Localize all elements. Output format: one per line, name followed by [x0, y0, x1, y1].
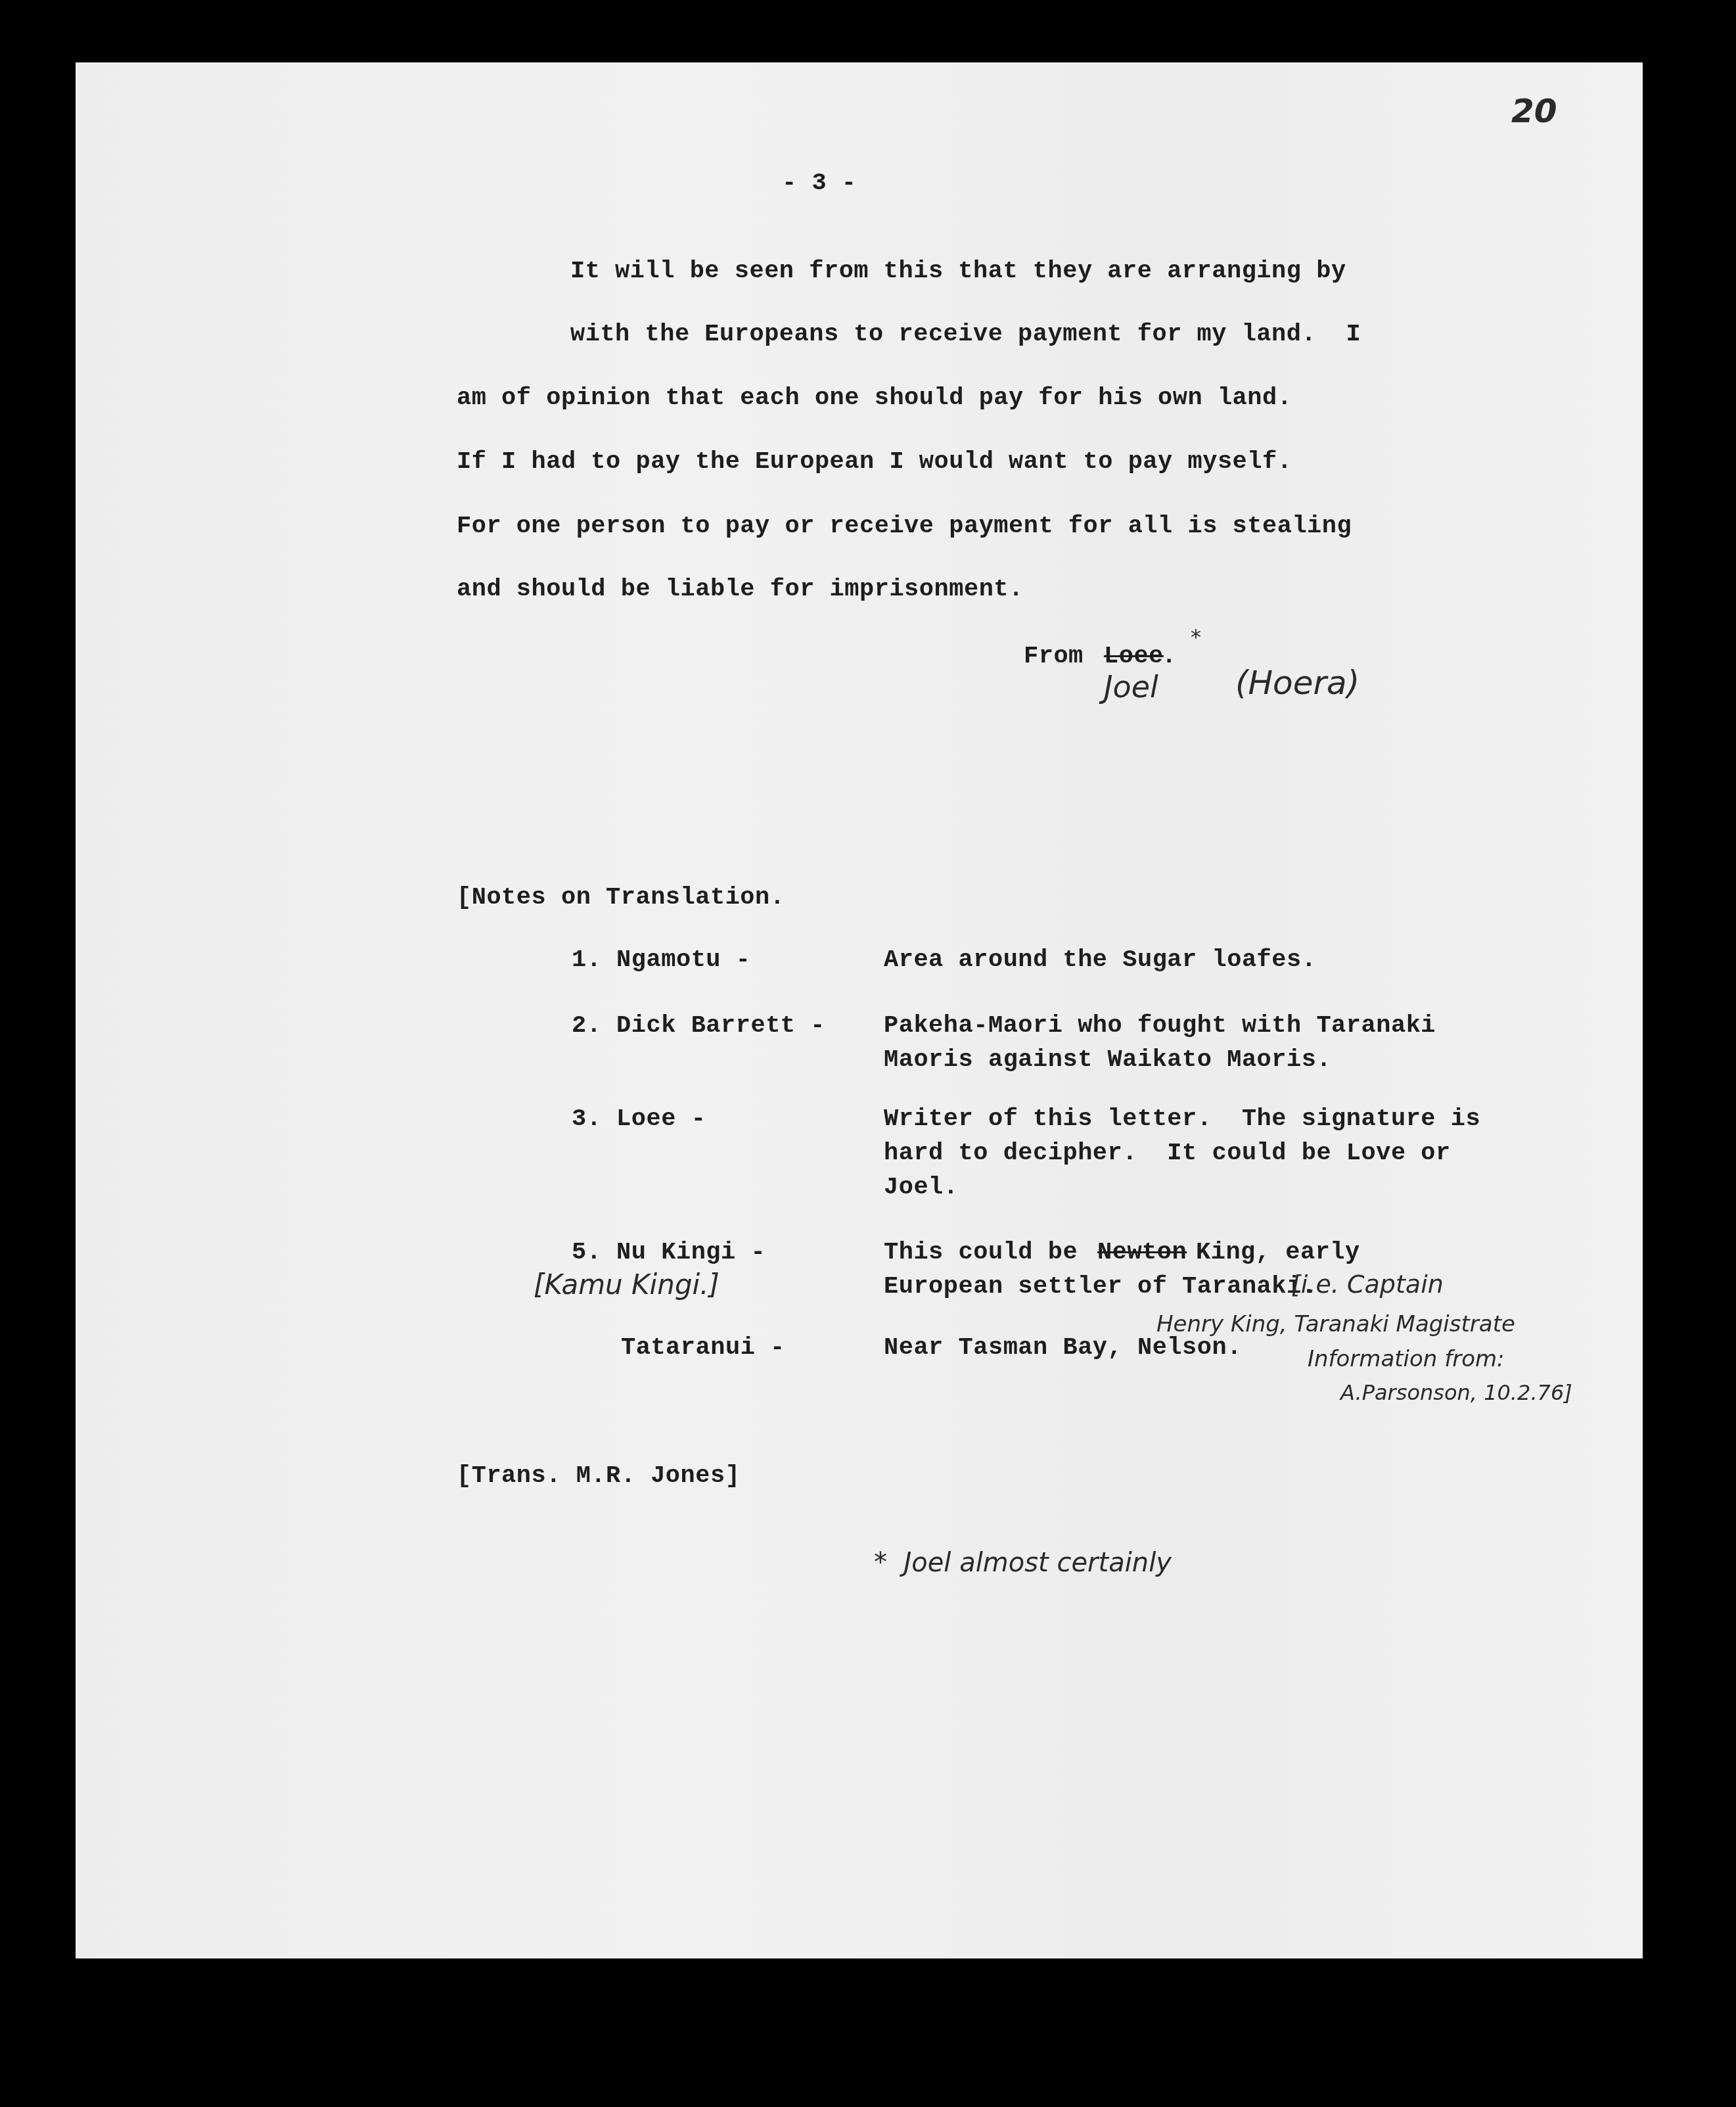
note-definition: Maoris against Waikato Maoris.: [884, 1046, 1331, 1074]
note-definition-suffix: King, early: [1196, 1239, 1360, 1266]
note-term: 3. Loee -: [572, 1105, 706, 1133]
note-definition: Pakeha-Maori who fought with Taranaki: [884, 1012, 1436, 1040]
body-line: with the Europeans to receive payment fo…: [570, 321, 1361, 348]
note-definition: Writer of this letter. The signature is: [884, 1105, 1480, 1133]
note-term: 1. Ngamotu -: [572, 946, 750, 974]
body-line: If I had to pay the European I would wan…: [457, 448, 1292, 476]
note-definition: hard to decipher. It could be Love or: [884, 1140, 1451, 1167]
handwritten-annotation: [i.e. Captain: [1291, 1270, 1444, 1299]
note-definition: Area around the Sugar loafes.: [884, 946, 1316, 974]
body-line: and should be liable for imprisonment.: [457, 576, 1024, 603]
notes-heading: [Notes on Translation.: [457, 884, 785, 912]
struck-name: Loee: [1104, 643, 1164, 670]
handwritten-annotation: Information from:: [1308, 1346, 1505, 1372]
note-definition: Near Tasman Bay, Nelson.: [884, 1334, 1242, 1362]
handwritten-footnote: * Joel almost certainly: [874, 1548, 1172, 1578]
asterisk-mark: *: [1191, 624, 1201, 649]
body-line: It will be seen from this that they are …: [570, 258, 1346, 285]
handwritten-term: [Kamu Kingi.]: [534, 1268, 720, 1301]
page-number: - 3 -: [782, 170, 857, 197]
note-definition: Joel.: [884, 1174, 959, 1201]
handwritten-alias: (Hoera): [1235, 664, 1359, 702]
handwritten-annotation: Henry King, Taranaki Magistrate: [1156, 1311, 1515, 1337]
signoff-period: .: [1162, 643, 1177, 670]
note-definition: European settler of Taranaki.: [884, 1273, 1316, 1301]
note-term: 5. Nu Kingi -: [572, 1239, 765, 1266]
note-definition-prefix: This could be: [884, 1239, 1078, 1266]
from-label: From: [1024, 643, 1084, 670]
translator-credit: [Trans. M.R. Jones]: [457, 1462, 740, 1490]
note-term: 2. Dick Barrett -: [572, 1012, 825, 1040]
handwritten-name: Joel: [1104, 669, 1158, 705]
note-term: Tataranui -: [621, 1334, 785, 1362]
handwritten-annotation: A.Parsonson, 10.2.76]: [1340, 1380, 1572, 1405]
body-line: For one person to pay or receive payment…: [457, 513, 1352, 540]
note-definition-struck: Newton: [1097, 1239, 1187, 1266]
body-line: am of opinion that each one should pay f…: [457, 384, 1292, 412]
archive-page-number: 20: [1511, 92, 1557, 130]
